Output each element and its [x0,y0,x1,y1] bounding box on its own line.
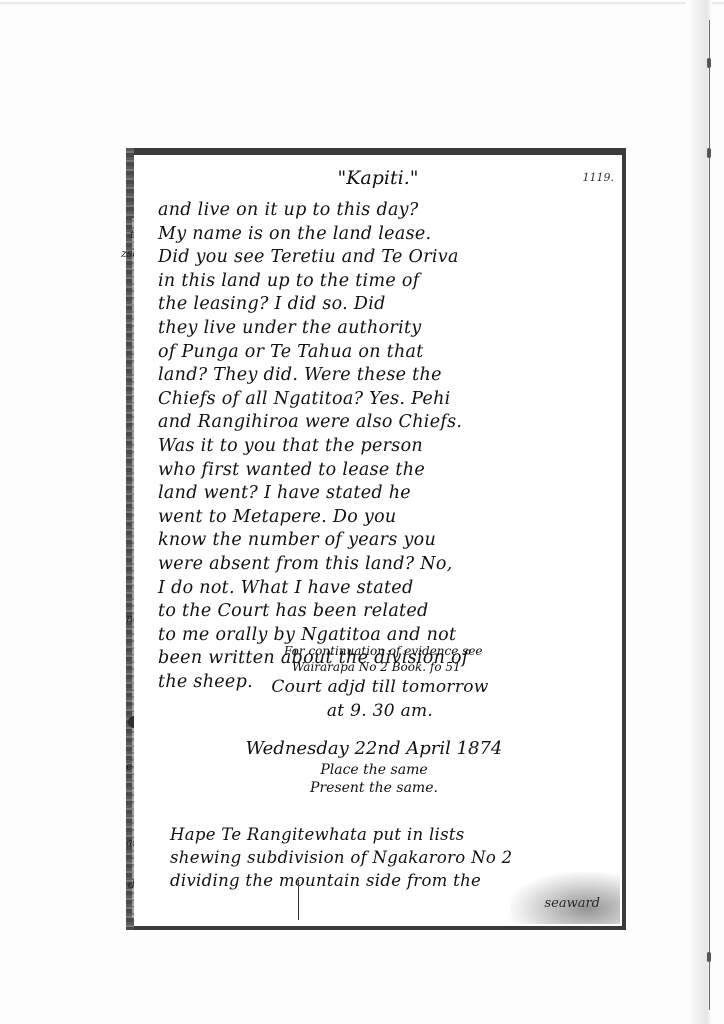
testimony-body: and live on it up to this day? My name i… [158,199,613,694]
adjournment-line: at 9. 30 am. [230,699,530,723]
text-line: Did you see Teretiu and Te Oriva [158,246,613,270]
text-line: of Punga or Te Tahua on that [158,341,613,365]
text-line: know the number of years you [158,529,613,553]
fold-mark [707,952,711,962]
margin-fragment: e [126,760,133,773]
scanned-page: to zse ne e as d "Kapiti." 1119. and liv… [0,0,724,1024]
text-line: land? They did. Were these the [158,364,613,388]
text-line: land went? I have stated he [158,482,613,506]
manuscript-page: "Kapiti." 1119. and live on it up to thi… [134,148,626,930]
session-present: Present the same. [174,779,574,797]
text-line: in this land up to the time of [158,270,613,294]
text-line: and live on it up to this day? [158,199,613,223]
text-line: who first wanted to lease the [158,459,613,483]
text-line: to the Court has been related [158,600,613,624]
session-header: Wednesday 22nd April 1874 Place the same… [174,737,574,797]
text-line: they live under the authority [158,317,613,341]
adjournment-note: Court adjd till tomorrow at 9. 30 am. [230,675,530,723]
adjournment-line: Court adjd till tomorrow [230,675,530,699]
text-line: Was it to you that the person [158,435,613,459]
text-line: went to Metapere. Do you [158,506,613,530]
text-line: I do not. What I have stated [158,577,613,601]
pen-stroke [298,880,299,920]
page-heading: "Kapiti." [134,167,622,189]
scan-smudge [510,872,620,924]
text-line: My name is on the land lease. [158,223,613,247]
continuation-note: For continuation of evidence see Wairara… [284,643,483,675]
note-line: For continuation of evidence see [284,644,483,658]
text-line: shewing subdivision of Ngakaroro No 2 [170,846,610,869]
folio-number: 1119. [583,171,615,184]
text-line: Chiefs of all Ngatitoa? Yes. Pehi [158,388,613,412]
text-line: the leasing? I did so. Did [158,293,613,317]
fold-mark [707,148,711,158]
text-line: and Rangihiroa were also Chiefs. [158,411,613,435]
note-line: Wairarapa No 2 Book. fo 51 [284,659,483,675]
session-place: Place the same [174,761,574,779]
fold-mark [707,58,711,68]
text-line: Hape Te Rangitewhata put in lists [170,823,610,846]
text-line: were absent from this land? No, [158,553,613,577]
scan-top-edge [0,2,724,5]
page-fold-line [709,20,710,1010]
session-date: Wednesday 22nd April 1874 [174,737,574,761]
